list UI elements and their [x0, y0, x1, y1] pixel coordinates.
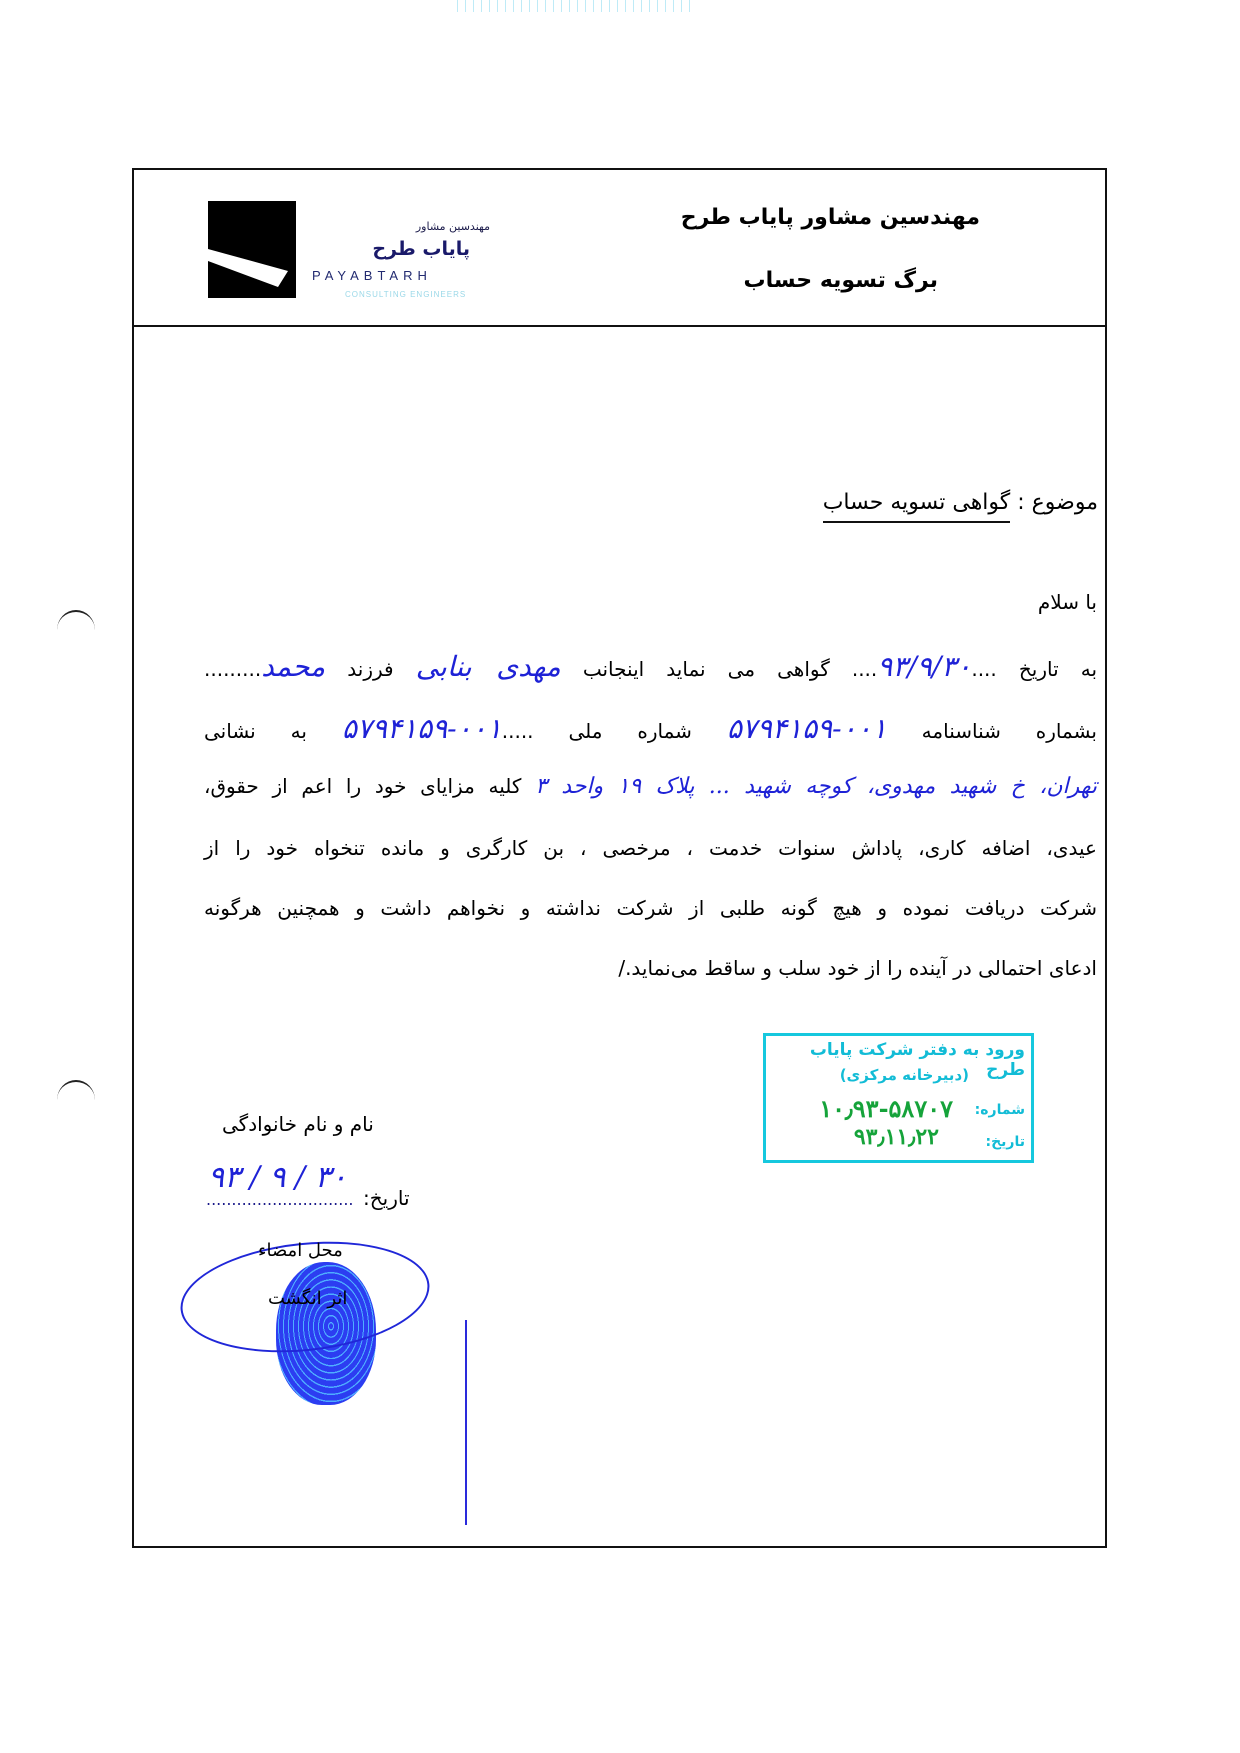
text-date-intro: به تاریخ — [1019, 657, 1097, 681]
handwritten-id-number: ۰۰۱-۵۷۹۴۱۵۹ — [727, 712, 887, 745]
handwritten-father-name: محمد — [261, 650, 325, 683]
form-title: برگ تسویه حساب — [744, 268, 938, 293]
text-certify: گواهی می نماید اینجانب — [583, 657, 830, 681]
body-line-1: به تاریخ ....۹۳/۹/۳۰.... گواهی می نماید … — [204, 650, 1097, 683]
logo-subtitle: مهندسین مشاور — [395, 220, 490, 233]
handwritten-address: تهران، خ شهید مهدوی، کوچه شهید ... پلاک … — [535, 774, 1097, 799]
subject-line: موضوع : گواهی تسویه حساب — [823, 490, 1098, 515]
text-address: به نشانی — [204, 719, 307, 743]
signature-date-label: تاریخ: — [363, 1186, 410, 1210]
handwritten-name: مهدی بنابی — [416, 650, 561, 683]
stamp-number-label: شماره: — [975, 1102, 1025, 1118]
punch-hole-mark — [57, 610, 95, 650]
body-line-4: عیدی، اضافه کاری، پاداش سنوات خدمت ، مرخ… — [204, 836, 1097, 860]
logo-name-en: PAYABTARH — [312, 268, 432, 283]
stamp-date-label: تاریخ: — [985, 1134, 1025, 1150]
subject-value: گواهی تسویه حساب — [823, 490, 1011, 523]
body-line-5: شرکت دریافت نموده و هیچ گونه طلبی از شرک… — [204, 896, 1097, 920]
greeting: با سلام — [1038, 590, 1097, 614]
stamp-date-value: ۹۳٫۱۱٫۲۲ — [854, 1124, 939, 1150]
company-logo-icon — [208, 201, 296, 298]
company-name: مهندسین مشاور پایاب طرح — [681, 205, 980, 230]
stamp-number-value: ۱۰٫۹۳-۵۸۷۰۷ — [819, 1094, 953, 1123]
office-entry-stamp: ورود به دفتر شرکت پایاب طرح (دبیرخانه مر… — [763, 1033, 1034, 1163]
text-id-number: بشماره شناسنامه — [922, 719, 1097, 743]
fill-dots: .... — [852, 657, 877, 681]
stamp-subtitle: (دبیرخانه مرکزی) — [840, 1066, 969, 1084]
body-line-6: ادعای احتمالی در آینده را از خود سلب و س… — [618, 956, 1097, 980]
header-divider — [132, 325, 1107, 327]
text-national-code: شماره ملی — [568, 719, 691, 743]
logo-name-fa: پایاب طرح — [355, 238, 470, 260]
text-child-of: فرزند — [347, 657, 393, 681]
punch-hole-mark — [57, 1080, 95, 1120]
body-line-2: بشماره شناسنامه ۰۰۱-۵۷۹۴۱۵۹ شماره ملی ..… — [204, 712, 1097, 745]
fingerprint-label: اثر انگشت — [268, 1288, 347, 1309]
text-benefits: کلیه مزایای خود را اعم از حقوق، — [204, 774, 521, 798]
logo-tagline: CONSULTING ENGINEERS — [345, 290, 466, 299]
handwritten-date: ۹۳/۹/۳۰ — [877, 650, 971, 683]
signature-place-label: محل امضاء — [258, 1240, 343, 1261]
fill-dots: ......... — [204, 657, 261, 681]
handwritten-national-code: ۰۰۱-۵۷۹۴۱۵۹ — [342, 712, 502, 745]
scan-noise — [450, 0, 690, 12]
fill-dots: ..... — [502, 719, 534, 743]
subject-label: موضوع : — [1017, 490, 1098, 515]
pen-line — [465, 1320, 467, 1525]
fill-dots: .... — [971, 657, 996, 681]
full-name-label: نام و نام خانوادگی — [222, 1112, 374, 1136]
date-fill-dots: ........................................… — [206, 1190, 354, 1209]
body-line-3: تهران، خ شهید مهدوی، کوچه شهید ... پلاک … — [204, 774, 1097, 799]
